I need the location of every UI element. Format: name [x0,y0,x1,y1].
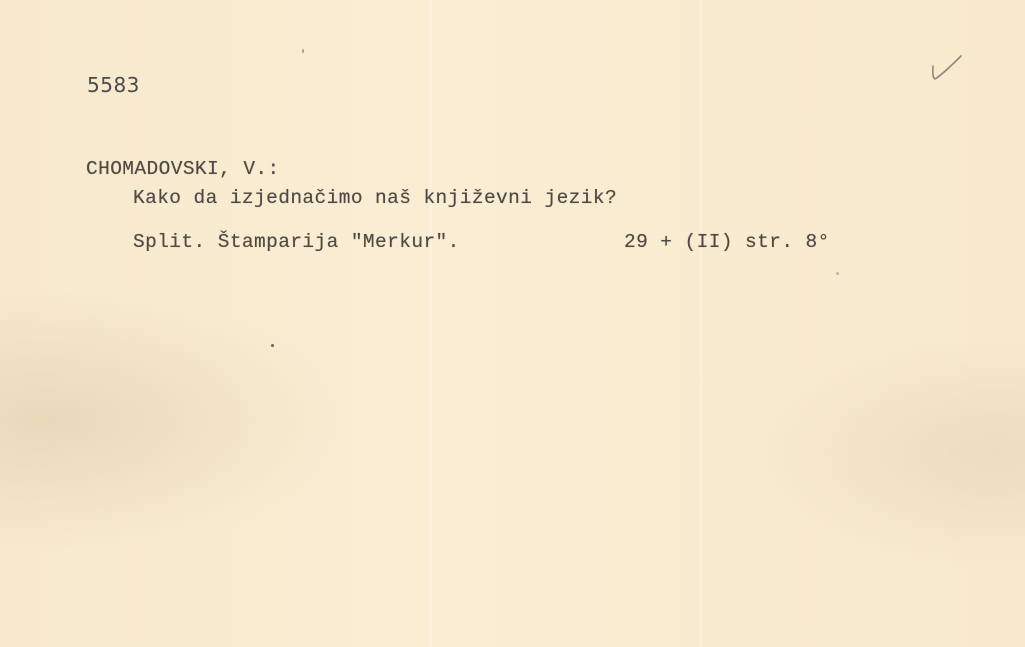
ink-speck [836,272,839,275]
paper-fold [430,0,432,647]
author-name: CHOMADOVSKI, V.: [86,158,280,180]
card-number: 5583 [87,73,140,97]
catalog-card: 5583 CHOMADOVSKI, V.: Kako da izjednačim… [0,0,1025,647]
ink-speck [302,49,304,53]
ink-speck [271,344,274,347]
imprint: Split. Štamparija "Merkur". [133,231,460,253]
paper-fold [700,0,702,647]
book-title: Kako da izjednačimo naš književni jezik? [133,187,617,209]
checkmark-icon [925,50,970,90]
pagination: 29 + (II) str. 8° [624,231,830,253]
